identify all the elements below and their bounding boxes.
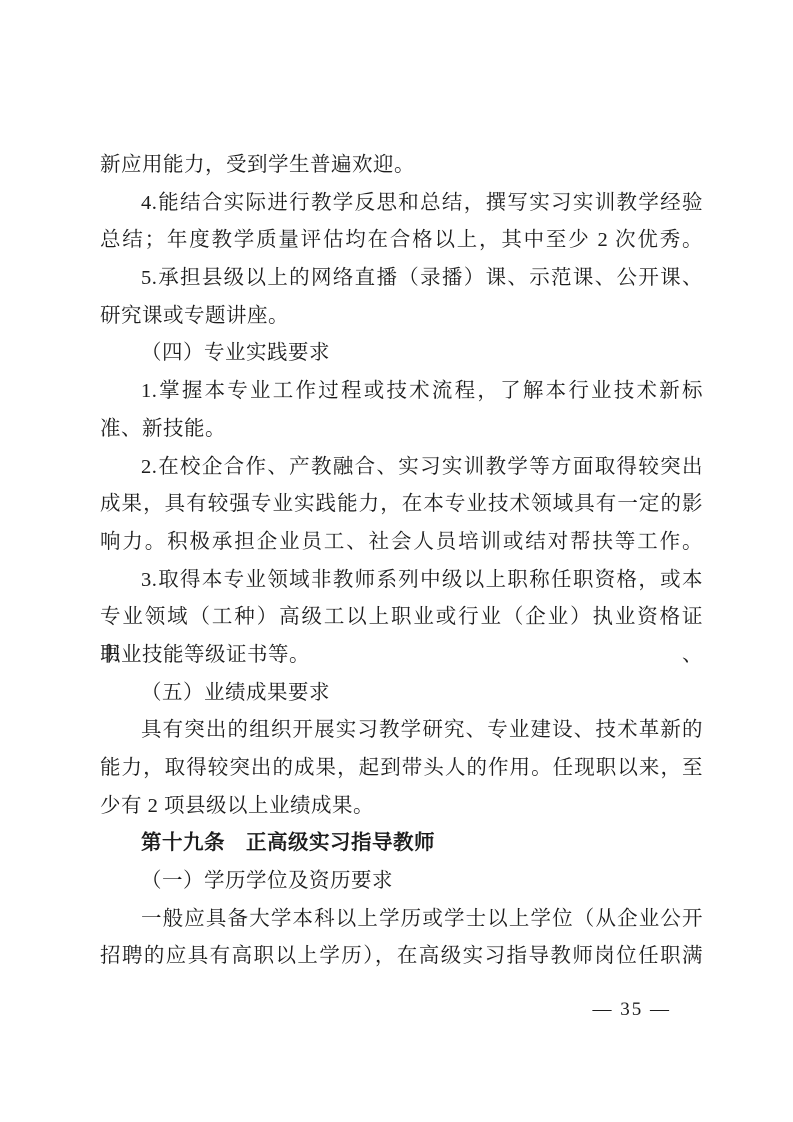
- text-line: 一般应具备大学本科以上学历或学士以上学位（从企业公开: [100, 901, 703, 939]
- page-number: — 35 —: [593, 996, 672, 1024]
- document-page: 新应用能力，受到学生普遍欢迎。 4.能结合实际进行教学反思和总结，撰写实习实训教…: [0, 0, 793, 1122]
- text-line: 1.掌握本专业工作过程或技术流程，了解本行业技术新标: [100, 373, 703, 411]
- article-heading: 第十九条 正高级实习指导教师: [100, 825, 703, 863]
- text-line: 专业领域（工种）高级工以上职业或行业（企业）执业资格证书、: [100, 599, 703, 637]
- text-line: 4.能结合实际进行教学反思和总结，撰写实习实训教学经验: [100, 185, 703, 223]
- text-line: 少有 2 项县级以上业绩成果。: [100, 788, 703, 826]
- text-line: 招聘的应具有高职以上学历），在高级实习指导教师岗位任职满: [100, 938, 703, 976]
- text-line: 总结；年度教学质量评估均在合格以上，其中至少 2 次优秀。: [100, 222, 703, 260]
- text-line: 2.在校企合作、产教融合、实习实训教学等方面取得较突出: [100, 449, 703, 487]
- text-line: 研究课或专题讲座。: [100, 298, 703, 336]
- text-line: 具有突出的组织开展实习教学研究、专业建设、技术革新的: [100, 712, 703, 750]
- section-heading-line: （五）业绩成果要求: [100, 675, 703, 713]
- text-line: 新应用能力，受到学生普遍欢迎。: [100, 147, 703, 185]
- text-line: 3.取得本专业领域非教师系列中级以上职称任职资格，或本: [100, 562, 703, 600]
- text-line: 能力，取得较突出的成果，起到带头人的作用。任现职以来，至: [100, 750, 703, 788]
- text-line: 成果，具有较强专业实践能力，在本专业技术领域具有一定的影: [100, 486, 703, 524]
- text-line: 响力。积极承担企业员工、社会人员培训或结对帮扶等工作。: [100, 524, 703, 562]
- document-body: 新应用能力，受到学生普遍欢迎。 4.能结合实际进行教学反思和总结，撰写实习实训教…: [100, 147, 703, 976]
- section-heading-line: （一）学历学位及资历要求: [100, 863, 703, 901]
- text-line: 5.承担县级以上的网络直播（录播）课、示范课、公开课、: [100, 260, 703, 298]
- section-heading-line: （四）专业实践要求: [100, 335, 703, 373]
- text-line: 准、新技能。: [100, 411, 703, 449]
